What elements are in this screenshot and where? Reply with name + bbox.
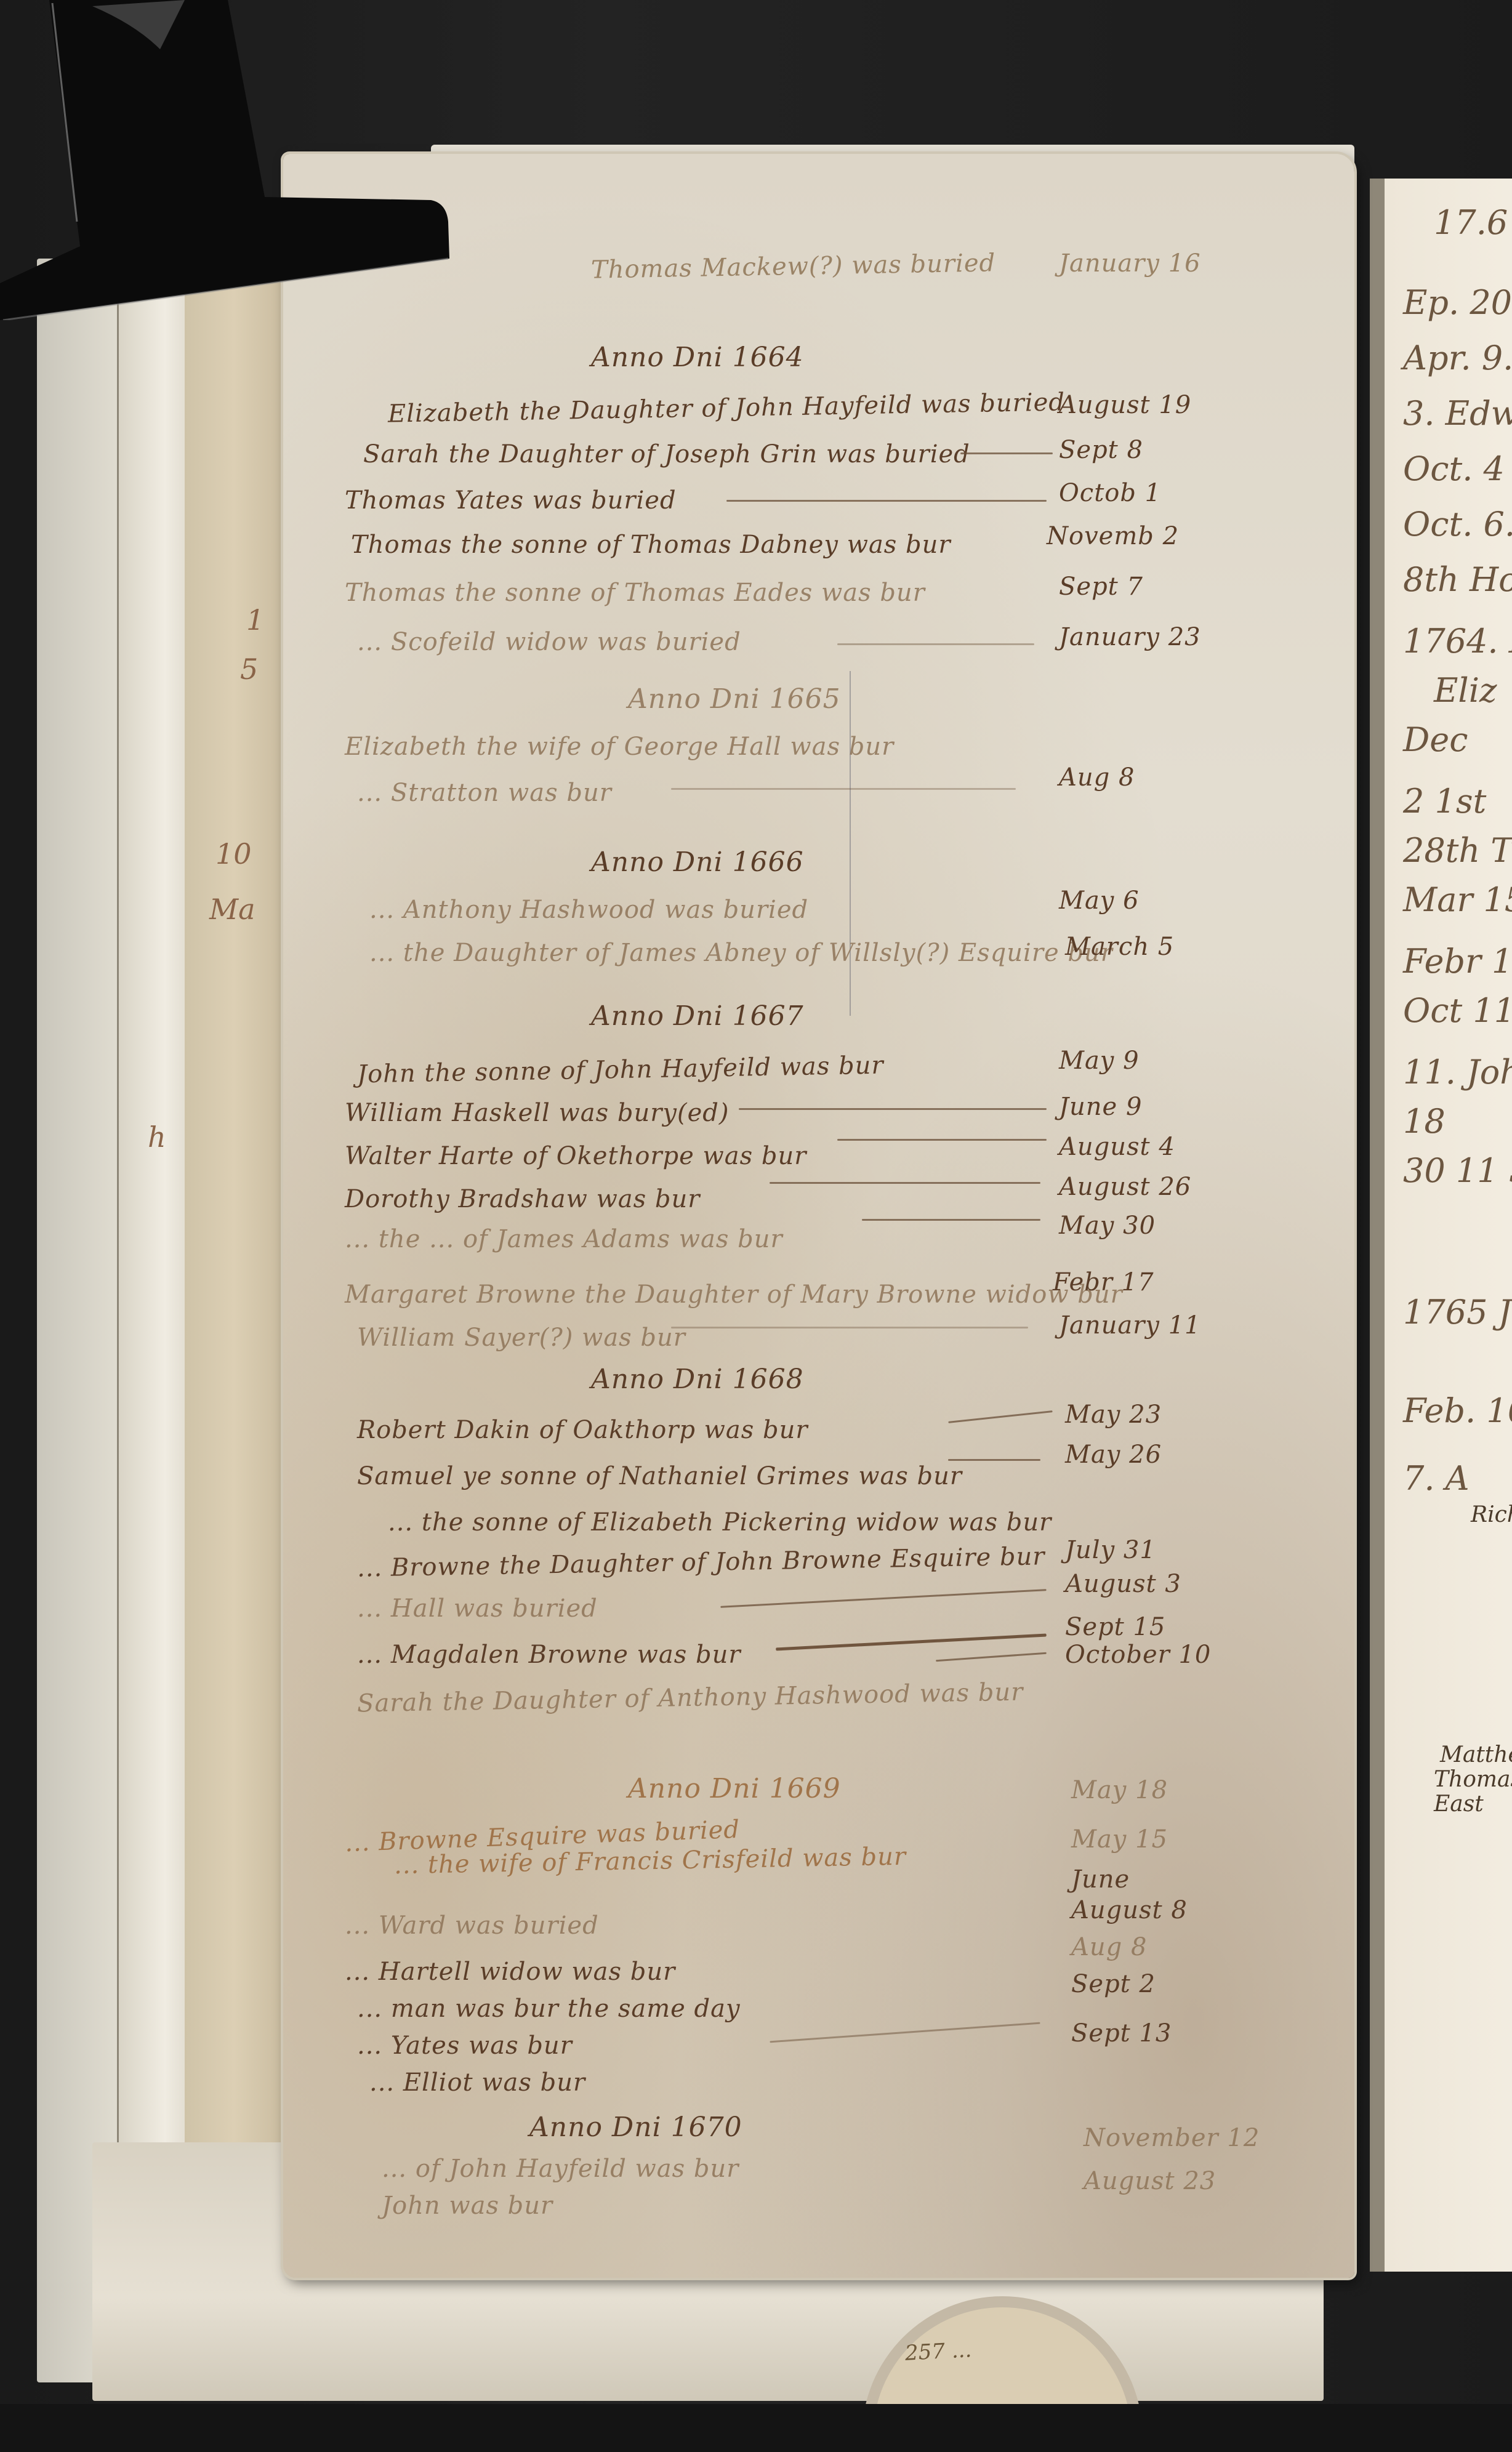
year-heading-1665: Anno Dni 1665 <box>628 683 841 715</box>
entry-date: Sept 7 <box>1059 573 1143 601</box>
entry: ... the sonne of Elizabeth Pickering wid… <box>388 1508 1052 1537</box>
entry-date: November 12 <box>1084 2124 1260 2152</box>
right-facing-page: 17.6 Ep. 20th Apr. 9. 3. Edw Oct. 4 Ma O… <box>1370 179 1512 2272</box>
entry-date: May 9 <box>1059 1047 1140 1075</box>
right-line: 17.6 <box>1434 203 1508 242</box>
leader-line <box>671 1327 1028 1329</box>
entry-date: Sept 13 <box>1071 2019 1172 2048</box>
right-line: Febr 15 <box>1403 942 1512 981</box>
right-line: Eliz <box>1434 671 1497 710</box>
right-line: Oct. 4 Ma <box>1403 449 1512 488</box>
leader-line <box>948 1459 1040 1461</box>
right-line: 7. A <box>1403 1459 1470 1498</box>
entry: ... Hartell widow was bur <box>345 1958 675 1986</box>
strip-text: 5 <box>240 653 258 686</box>
entry-date: January 11 <box>1059 1311 1201 1340</box>
signature: Thomas <box>1434 1767 1512 1792</box>
entry-date: June <box>1071 1865 1130 1894</box>
entry: ... Ward was buried <box>345 1911 599 1940</box>
entry-date: March 5 <box>1065 933 1174 961</box>
entry-date: May 15 <box>1071 1825 1168 1854</box>
entry-date: July 31 <box>1065 1536 1156 1564</box>
entry: Margaret Browne the Daughter of Mary Bro… <box>345 1280 1123 1309</box>
entry: William Sayer(?) was bur <box>357 1324 686 1352</box>
leader-line <box>671 788 1016 790</box>
entry-date: May 23 <box>1065 1401 1162 1429</box>
right-line: 11. John <box>1403 1053 1512 1091</box>
entry: ... the Daughter of James Abney of Wills… <box>369 939 1113 967</box>
entry-date: October 10 <box>1065 1641 1211 1669</box>
right-line: Apr. 9. <box>1403 339 1512 377</box>
entry-date: May 6 <box>1059 886 1140 915</box>
year-heading-1666: Anno Dni 1666 <box>591 846 804 878</box>
entry: Sarah the Daughter of Joseph Grin was bu… <box>363 440 970 468</box>
signature: Matthew <box>1440 1742 1512 1767</box>
entry-date: Octob 1 <box>1059 479 1161 507</box>
entry-date: Sept 15 <box>1065 1613 1165 1641</box>
year-heading-1664: Anno Dni 1664 <box>591 342 804 373</box>
entry: ... of John Hayfeild was bur <box>382 2155 739 2183</box>
year-heading-1669: Anno Dni 1669 <box>628 1773 841 1804</box>
right-line: Mar 15th <box>1403 880 1512 919</box>
leader-line <box>837 643 1034 645</box>
leader-line <box>726 500 1047 502</box>
entry-date: August 23 <box>1084 2167 1216 2195</box>
year-heading-1670: Anno Dni 1670 <box>529 2112 742 2143</box>
entry: Elizabeth the wife of George Hall was bu… <box>345 733 894 761</box>
right-line: 18 <box>1403 1102 1446 1141</box>
right-line: Ep. 20th <box>1403 283 1512 322</box>
right-line: 8th Hon <box>1403 560 1512 599</box>
entry: ... Stratton was bur <box>357 779 612 807</box>
bottom-stamp-text: 257 ... <box>904 2337 972 2366</box>
leader-line <box>739 1108 1047 1110</box>
entry: ... Anthony Hashwood was buried <box>369 896 808 924</box>
entry-date: May 18 <box>1071 1776 1168 1804</box>
entry: Robert Dakin of Oakthorp was bur <box>357 1416 808 1444</box>
entry-date: August 8 <box>1071 1896 1188 1924</box>
right-line: 1765 Jan <box>1403 1293 1512 1332</box>
entry-date: August 26 <box>1059 1173 1191 1201</box>
right-line: Richa <box>1471 1502 1512 1527</box>
entry: Thomas the sonne of Thomas Dabney was bu… <box>351 531 951 559</box>
entry-date: Febr 17 <box>1053 1268 1154 1296</box>
strip-text: Ma <box>209 893 255 926</box>
entry-date: June 9 <box>1059 1093 1142 1121</box>
entry: ... man was bur the same day <box>357 1995 741 2023</box>
entry-date: May 30 <box>1059 1212 1156 1240</box>
year-heading-1667: Anno Dni 1667 <box>591 1000 804 1032</box>
dark-backdrop-bottom <box>0 2404 1512 2452</box>
right-line: Oct 11th <box>1403 991 1512 1030</box>
carryover-date: January 16 <box>1059 249 1201 278</box>
leader-line <box>960 452 1053 454</box>
strip-text: 1 <box>246 603 264 637</box>
entry: ... Hall was buried <box>357 1594 598 1623</box>
entry-date: Aug 8 <box>1059 763 1135 792</box>
entry: Thomas the sonne of Thomas Eades was bur <box>345 579 925 607</box>
entry-date: August 19 <box>1059 391 1191 419</box>
entry-date: Novemb 2 <box>1047 522 1179 550</box>
right-line: 2 1st <box>1403 782 1486 821</box>
right-line: Dec <box>1403 720 1468 759</box>
entry: ... the ... of James Adams was bur <box>345 1225 783 1253</box>
entry: Samuel ye sonne of Nathaniel Grimes was … <box>357 1462 962 1490</box>
entry: John was bur <box>382 2192 553 2220</box>
right-line: 1764. Feb <box>1403 622 1512 661</box>
entry: Dorothy Bradshaw was bur <box>345 1185 700 1213</box>
right-line: Oct. 6. Thr <box>1403 505 1512 544</box>
year-heading-1668: Anno Dni 1668 <box>591 1364 804 1395</box>
entry-date: January 23 <box>1059 623 1201 651</box>
entry: Thomas Yates was buried <box>345 486 677 515</box>
entry: ... Elliot was bur <box>369 2068 585 2097</box>
entry: Walter Harte of Okethorpe was bur <box>345 1142 806 1170</box>
strip-text: h <box>148 1120 166 1154</box>
signature: East <box>1434 1791 1484 1817</box>
right-line: 28th Th <box>1403 831 1512 870</box>
entry-date: August 4 <box>1059 1133 1175 1161</box>
entry-date: Aug 8 <box>1071 1933 1147 1961</box>
leader-line <box>862 1219 1040 1221</box>
entry: William Haskell was bury(ed) <box>345 1099 729 1127</box>
entry-date: Sept 8 <box>1059 436 1143 464</box>
right-line: Feb. 10. <box>1403 1391 1512 1430</box>
entry: ... Scofeild widow was buried <box>357 628 741 656</box>
entry-date: August 3 <box>1065 1570 1181 1598</box>
leader-line <box>770 1182 1040 1184</box>
right-line: 30 11 Sa <box>1403 1151 1512 1190</box>
entry: ... Magdalen Browne was bur <box>357 1641 741 1669</box>
leader-line <box>837 1139 1047 1141</box>
entry: ... Yates was bur <box>357 2032 573 2060</box>
binder-clip-icon <box>0 0 456 320</box>
strip-text: 10 <box>215 837 252 870</box>
entry-date: Sept 2 <box>1071 1970 1156 1998</box>
entry-date: May 26 <box>1065 1441 1162 1469</box>
right-line: 3. Edw <box>1403 394 1512 433</box>
